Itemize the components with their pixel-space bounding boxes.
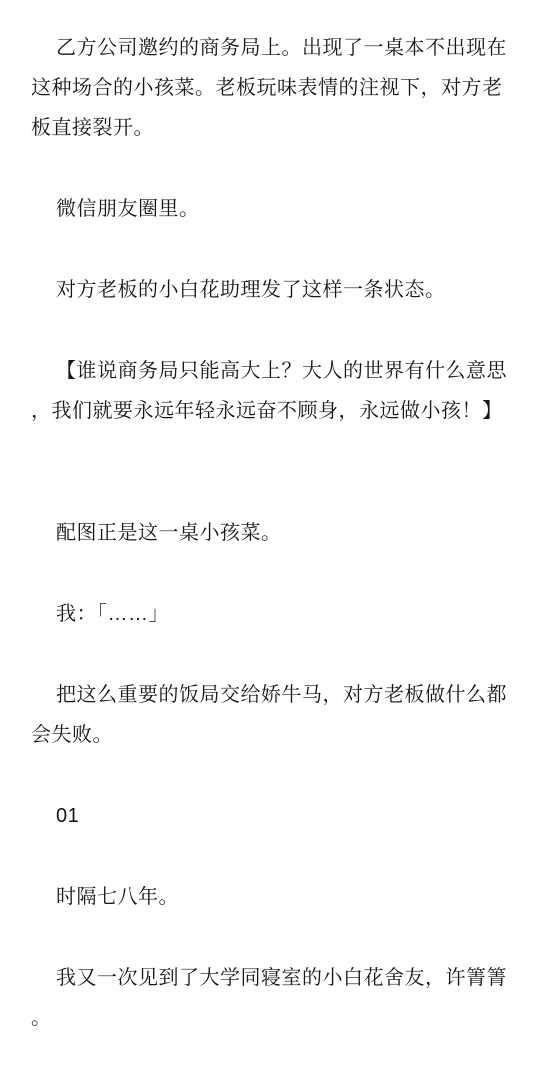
story-paragraph-quote: 【谁说商务局只能高大上？大人的世界有什么意思 ，我们就要永远年轻永远奋不顾身，永… [31, 351, 516, 431]
section-number: 01 [31, 796, 516, 836]
story-paragraph-10: 我又一次见到了大学同寝室的小白花舍友，许箐箐 。 [31, 958, 516, 1038]
story-paragraph-9: 时隔七八年。 [31, 877, 516, 917]
story-paragraph-6: 我：「……」 [31, 594, 516, 634]
story-paragraph-7: 把这么重要的饭局交给娇牛马，对方老板做什么都 会失败。 [31, 675, 516, 755]
story-paragraph-5: 配图正是这一桌小孩菜。 [31, 513, 516, 553]
story-paragraph-3: 对方老板的小白花助理发了这样一条状态。 [31, 270, 516, 310]
story-paragraph-2: 微信朋友圈里。 [31, 189, 516, 229]
reading-page: 乙方公司邀约的商务局上。出现了一桌本不出现在 这种场合的小孩菜。老板玩味表情的注… [0, 0, 540, 1080]
story-paragraph-1: 乙方公司邀约的商务局上。出现了一桌本不出现在 这种场合的小孩菜。老板玩味表情的注… [31, 28, 516, 148]
